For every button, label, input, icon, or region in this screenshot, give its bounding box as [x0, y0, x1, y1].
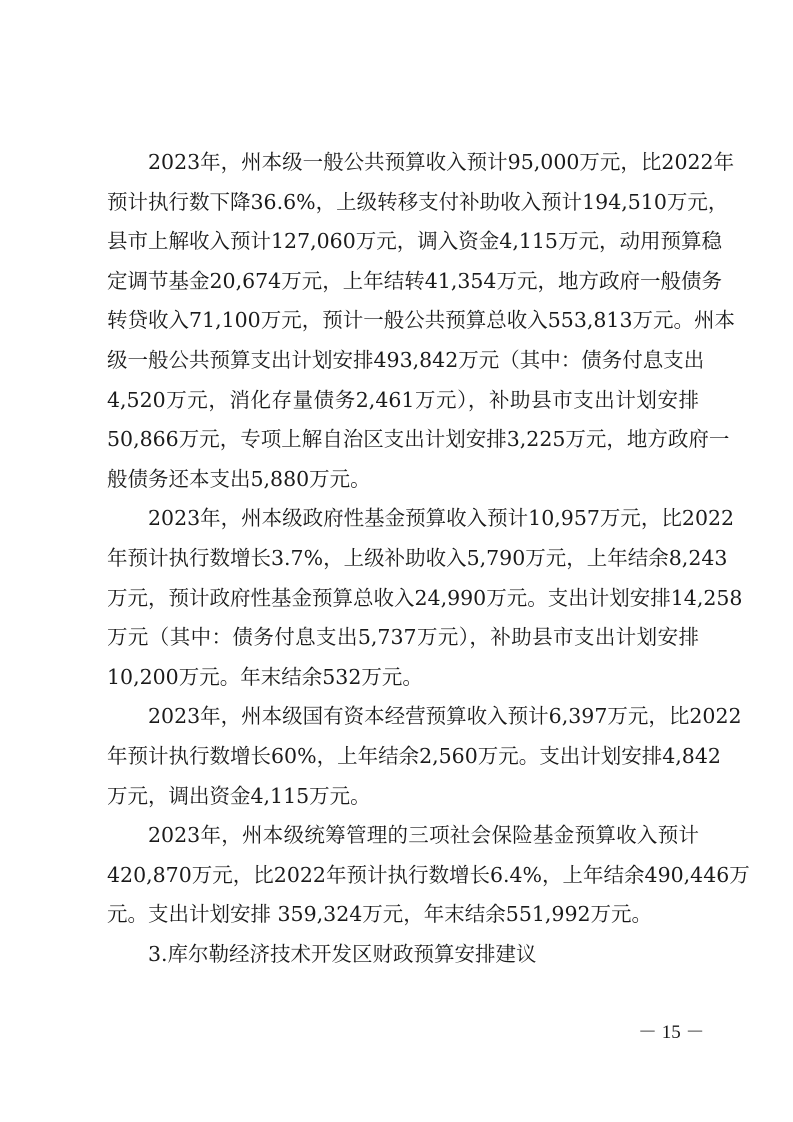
text-line: 年预计执行数增长60%，上年结余2,560万元。支出计划安排4,842 — [107, 737, 699, 777]
text-line: 万元，调出资金4,115万元。 — [107, 777, 699, 817]
text-line: 转贷收入71,100万元，预计一般公共预算总收入553,813万元。州本 — [107, 301, 699, 341]
paragraph-government-fund-budget: 2023年，州本级政府性基金预算收入预计10,957万元，比2022 年预计执行… — [107, 499, 699, 697]
text-line: 县市上解收入预计127,060万元，调入资金4,115万元，动用预算稳 — [107, 222, 699, 262]
text-line: 2023年，州本级统筹管理的三项社会保险基金预算收入预计 — [107, 816, 699, 856]
paragraph-social-insurance-budget: 2023年，州本级统筹管理的三项社会保险基金预算收入预计 420,870万元，比… — [107, 816, 699, 935]
text-line: 4,520万元，消化存量债务2,461万元），补助县市支出计划安排 — [107, 381, 699, 421]
text-line: 50,866万元，专项上解自治区支出计划安排3,225万元，地方政府一 — [107, 420, 699, 460]
text-line: 2023年，州本级国有资本经营预算收入预计6,397万元，比2022 — [107, 697, 699, 737]
document-page: 2023年，州本级一般公共预算收入预计95,000万元，比2022年 预计执行数… — [0, 0, 793, 1122]
text-line: 10,200万元。年末结余532万元。 — [107, 658, 699, 698]
text-line: 定调节基金20,674万元，上年结转41,354万元，地方政府一般债务 — [107, 262, 699, 302]
section-heading: 3.库尔勒经济技术开发区财政预算安排建议 — [107, 935, 699, 975]
text-line: 2023年，州本级一般公共预算收入预计95,000万元，比2022年 — [107, 143, 699, 183]
body-text: 2023年，州本级一般公共预算收入预计95,000万元，比2022年 预计执行数… — [107, 143, 699, 974]
paragraph-general-public-budget: 2023年，州本级一般公共预算收入预计95,000万元，比2022年 预计执行数… — [107, 143, 699, 499]
paragraph-state-capital-budget: 2023年，州本级国有资本经营预算收入预计6,397万元，比2022 年预计执行… — [107, 697, 699, 816]
text-line: 般债务还本支出5,880万元。 — [107, 460, 699, 500]
text-line: 万元，预计政府性基金预算总收入24,990万元。支出计划安排14,258 — [107, 579, 699, 619]
heading-line: 3.库尔勒经济技术开发区财政预算安排建议 — [107, 935, 699, 975]
text-line: 级一般公共预算支出计划安排493,842万元（其中：债务付息支出 — [107, 341, 699, 381]
page-number: － 15 － — [638, 1017, 705, 1044]
text-line: 2023年，州本级政府性基金预算收入预计10,957万元，比2022 — [107, 499, 699, 539]
text-line: 万元（其中：债务付息支出5,737万元），补助县市支出计划安排 — [107, 618, 699, 658]
text-line: 420,870万元，比2022年预计执行数增长6.4%，上年结余490,446万 — [107, 856, 699, 896]
text-line: 元。支出计划安排 359,324万元，年末结余551,992万元。 — [107, 895, 699, 935]
text-line: 年预计执行数增长3.7%，上级补助收入5,790万元，上年结余8,243 — [107, 539, 699, 579]
text-line: 预计执行数下降36.6%，上级转移支付补助收入预计194,510万元， — [107, 183, 699, 223]
